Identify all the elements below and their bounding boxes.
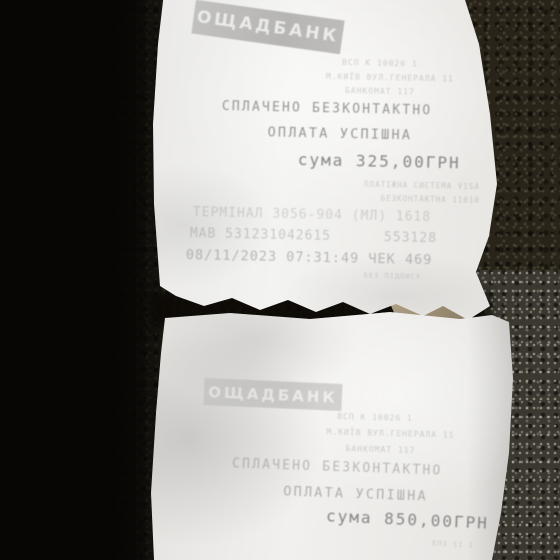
paid-contactless-line: СПЛАЧЕНО БЕЗКОНТАКТНО [232, 457, 443, 477]
payment-success-line: ОПЛАТА УСПІШНА [258, 485, 453, 505]
receipt-bottom: ОЩАДБАНК ВСП К 10026 1 М.КИЇВ ВУЛ.ГЕНЕРА… [140, 293, 520, 560]
receipt-header-line: БАНКОМАТ 117 [298, 444, 463, 456]
amount-line: сума 850,00ГРН [326, 508, 489, 531]
receipt-header-line: БАНКОМАТ 117 [295, 86, 465, 98]
amount-line: сума 325,00ГРН [298, 152, 461, 171]
receipt-header-line: ВСП К 10026 1 [300, 58, 460, 69]
payment-system-line: ПЛАТІЖНА СИСТЕМА VISA [330, 180, 480, 191]
paid-contactless-line: СПЛАЧЕНО БЕЗКОНТАКТНО [222, 100, 433, 117]
contactless-code-line: БЕЗКОНТАКТНА 11010 [345, 194, 480, 204]
receipt-footer-line: БЕЗ ПІДПИСУ [335, 272, 450, 281]
oschadbank-logo-top: ОЩАДБАНК [191, 0, 344, 54]
receipt-header-line: М.КИЇВ ВУЛ.ГЕНЕРАЛА 11 [278, 427, 503, 441]
receipt-header-line: ВСП К 10026 1 [300, 412, 450, 424]
card-number-line: МАВ 531231042615 553128 [190, 227, 437, 245]
receipt-header-line: М.КИЇВ ВУЛ.ГЕНЕРАЛА 11 [285, 72, 495, 84]
terminal-line: ТЕРМІНАЛ 3056-904 (МЛ) 1618 [193, 206, 432, 224]
oschadbank-logo-bottom: ОЩАДБАНК [203, 378, 342, 411]
datetime-check-line: 08/11/2023 07:31:49 ЧЕК 469 [186, 249, 433, 268]
receipt-top: ОЩАДБАНК ВСП К 10026 1 М.КИЇВ ВУЛ.ГЕНЕРА… [138, 0, 510, 340]
payment-success-line: ОПЛАТА УСПІШНА [250, 126, 430, 143]
